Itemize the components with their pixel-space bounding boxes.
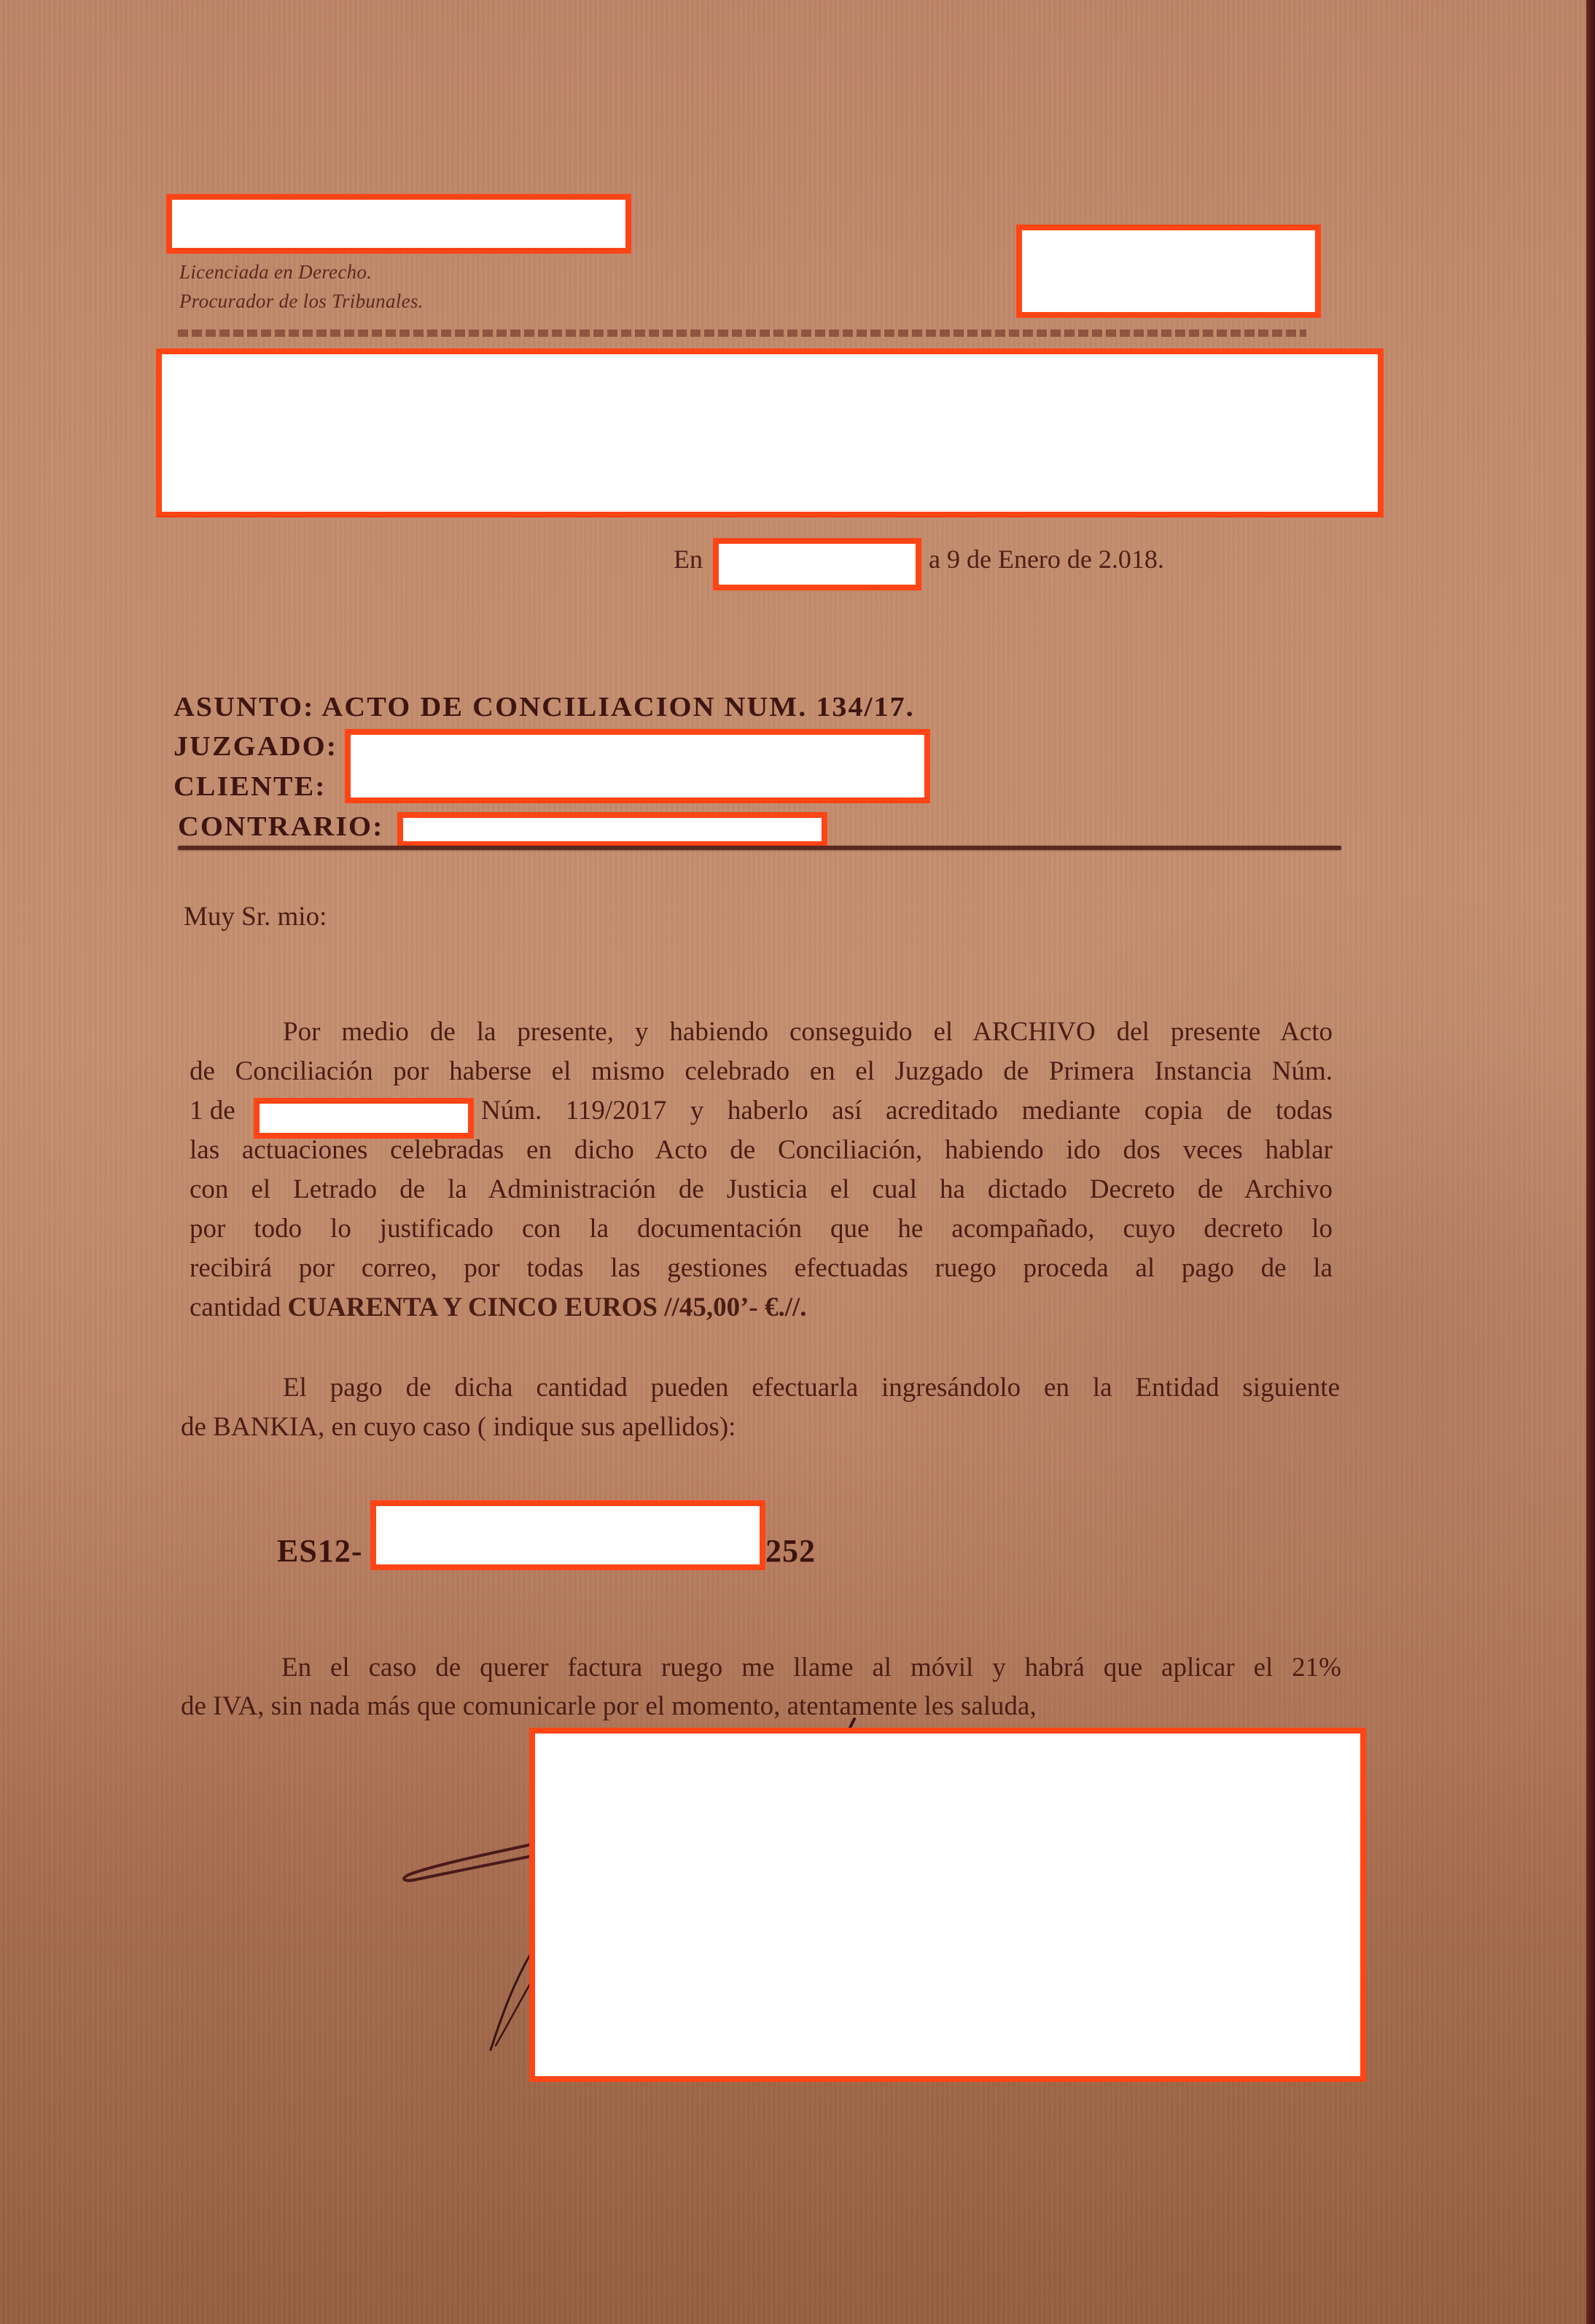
redacted-signature-block <box>529 1728 1366 2082</box>
